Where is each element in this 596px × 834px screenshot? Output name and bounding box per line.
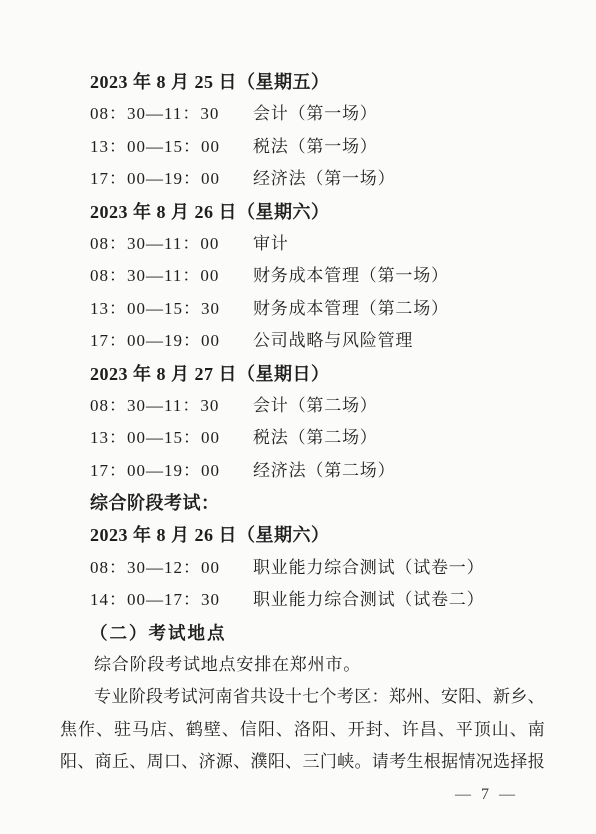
session-row: 17：00—19：00经济法（第一场）: [90, 163, 545, 195]
session-time: 17：00—19：00: [90, 455, 253, 487]
session-subject: 职业能力综合测试（试卷一）: [253, 552, 484, 584]
session-subject: 税法（第一场）: [253, 131, 378, 163]
page-number: — 7 —: [60, 779, 545, 811]
paragraph-professional-locations-line: 阳、商丘、周口、济源、濮阳、三门峡。请考生根据情况选择报: [60, 746, 545, 778]
comprehensive-stage-label: 综合阶段考试：: [90, 487, 545, 519]
session-time: 13：00—15：30: [90, 293, 253, 325]
session-time: 17：00—19：00: [90, 163, 253, 195]
session-row: 14：00—17：30职业能力综合测试（试卷二）: [90, 584, 545, 616]
session-time: 13：00—15：00: [90, 422, 253, 454]
session-row: 13：00—15：00税法（第一场）: [90, 131, 545, 163]
session-subject: 公司战略与风险管理: [253, 325, 413, 357]
session-time: 13：00—15：00: [90, 131, 253, 163]
date-heading-aug-26-comprehensive: 2023 年 8 月 26 日（星期六）: [90, 519, 545, 551]
session-row: 08：30—11：30会计（第一场）: [90, 98, 545, 130]
session-subject: 职业能力综合测试（试卷二）: [253, 584, 484, 616]
session-time: 08：30—12：00: [90, 552, 253, 584]
session-row: 17：00—19：00经济法（第二场）: [90, 455, 545, 487]
session-subject: 会计（第一场）: [253, 98, 378, 130]
session-subject: 经济法（第二场）: [253, 455, 395, 487]
session-time: 08：30—11：30: [90, 390, 253, 422]
session-subject: 财务成本管理（第二场）: [253, 293, 449, 325]
paragraph-comprehensive-location: 综合阶段考试地点安排在郑州市。: [60, 649, 545, 681]
session-row: 13：00—15：00税法（第二场）: [90, 422, 545, 454]
session-subject: 经济法（第一场）: [253, 163, 395, 195]
session-row: 13：00—15：30财务成本管理（第二场）: [90, 293, 545, 325]
session-row: 17：00—19：00公司战略与风险管理: [90, 325, 545, 357]
document-page: 2023 年 8 月 25 日（星期五） 08：30—11：30会计（第一场） …: [0, 0, 596, 834]
session-time: 17：00—19：00: [90, 325, 253, 357]
session-subject: 税法（第二场）: [253, 422, 378, 454]
session-row: 08：30—11：30会计（第二场）: [90, 390, 545, 422]
paragraph-professional-locations-line: 焦作、驻马店、鹤壁、信阳、洛阳、开封、许昌、平顶山、南: [60, 714, 545, 746]
section-heading-exam-location: （二）考试地点: [90, 617, 545, 649]
session-subject: 审计: [253, 228, 289, 260]
session-time: 08：30—11：00: [90, 228, 253, 260]
session-time: 08：30—11：00: [90, 260, 253, 292]
date-heading-aug-25: 2023 年 8 月 25 日（星期五）: [90, 66, 545, 98]
date-heading-aug-26: 2023 年 8 月 26 日（星期六）: [90, 196, 545, 228]
session-row: 08：30—12：00职业能力综合测试（试卷一）: [90, 552, 545, 584]
session-subject: 财务成本管理（第一场）: [253, 260, 449, 292]
paragraph-professional-locations-line: 专业阶段考试河南省共设十七个考区：郑州、安阳、新乡、: [60, 681, 545, 713]
session-row: 08：30—11：00财务成本管理（第一场）: [90, 260, 545, 292]
session-time: 14：00—17：30: [90, 584, 253, 616]
session-subject: 会计（第二场）: [253, 390, 378, 422]
session-row: 08：30—11：00审计: [90, 228, 545, 260]
date-heading-aug-27: 2023 年 8 月 27 日（星期日）: [90, 358, 545, 390]
session-time: 08：30—11：30: [90, 98, 253, 130]
